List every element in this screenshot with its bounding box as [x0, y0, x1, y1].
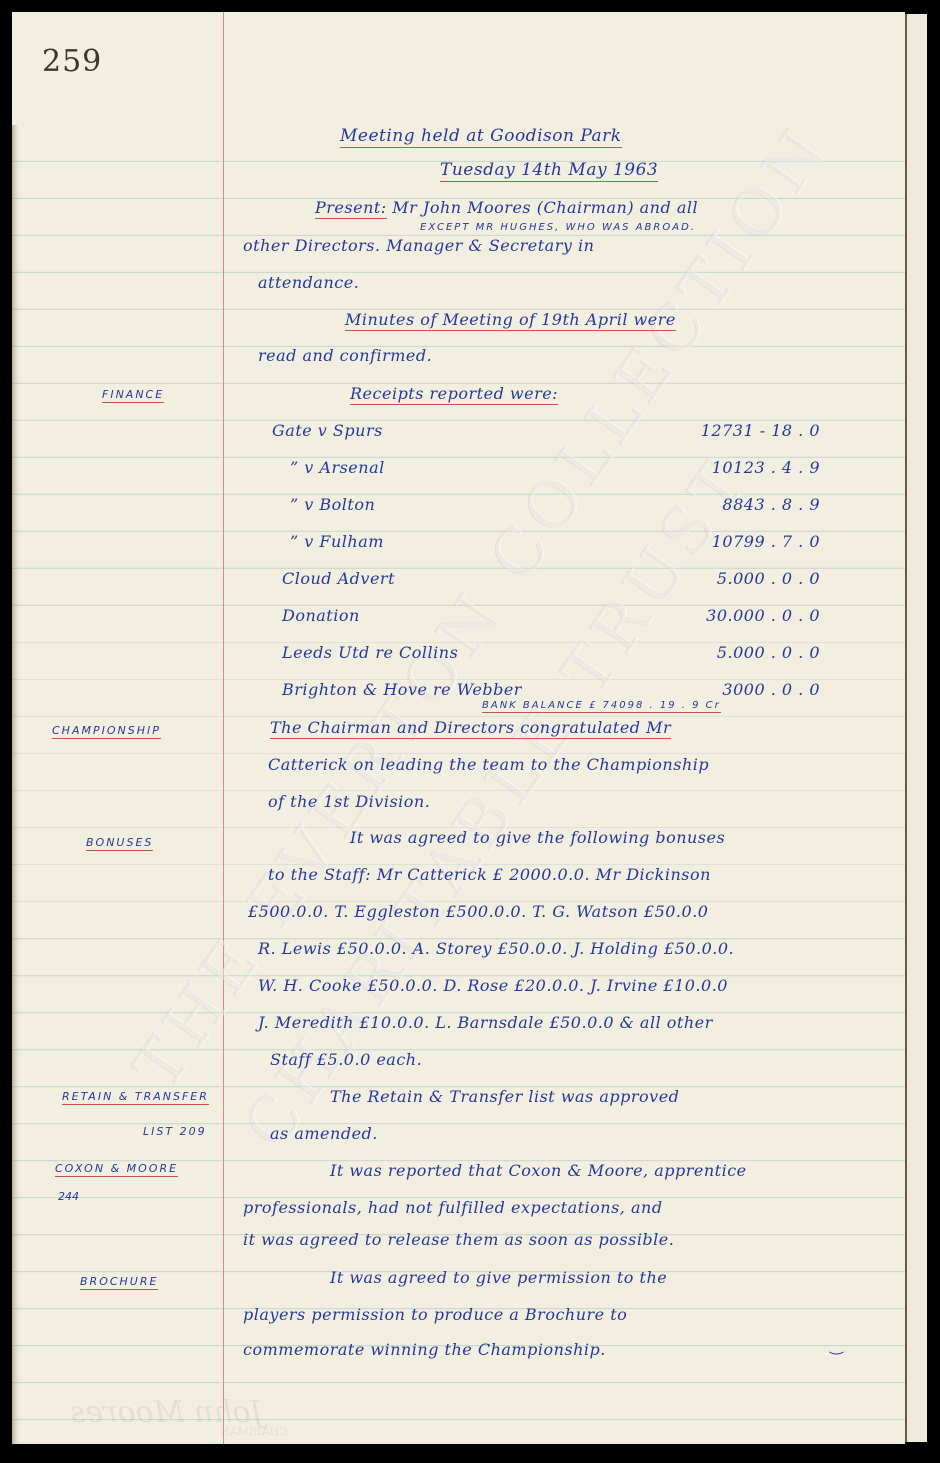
present-label: Present:	[315, 198, 387, 219]
bonuses-line-1: It was agreed to give the following bonu…	[350, 828, 725, 847]
check-mark-icon: ‿	[830, 1336, 843, 1355]
margin-label-championship: CHAMPIONSHIP	[52, 724, 161, 739]
receipt-amount: 30.000 . 0 . 0	[660, 606, 820, 625]
receipt-amount: 12731 - 18 . 0	[660, 421, 820, 440]
bank-balance: BANK BALANCE £ 74098 . 19 . 9 Cr	[482, 700, 721, 713]
receipt-amount: 5.000 . 0 . 0	[660, 643, 820, 662]
retain-line-2: as amended.	[270, 1124, 378, 1143]
championship-line-1: The Chairman and Directors congratulated…	[270, 718, 671, 737]
receipt-label: Donation	[282, 606, 360, 625]
margin-ref-244: 244	[58, 1190, 79, 1203]
receipt-amount: 8843 . 8 . 9	[660, 495, 820, 514]
margin-label-bonuses: BONUSES	[86, 836, 153, 851]
bonuses-line-5: W. H. Cooke £50.0.0. D. Rose £20.0.0. J.…	[258, 976, 728, 995]
next-page-edge	[905, 14, 927, 1442]
margin-label-brochure: BROCHURE	[80, 1275, 158, 1290]
coxon-line-1: It was reported that Coxon & Moore, appr…	[330, 1161, 747, 1180]
bonuses-line-7: Staff £5.0.0 each.	[270, 1050, 422, 1069]
meeting-date: Tuesday 14th May 1963	[440, 160, 658, 182]
championship-line-2: Catterick on leading the team to the Cha…	[268, 755, 709, 774]
attendance-insertion: EXCEPT MR HUGHES, WHO WAS ABROAD.	[420, 222, 696, 233]
receipt-amount: 10123 . 4 . 9	[660, 458, 820, 477]
brochure-line-3: commemorate winning the Championship.	[243, 1340, 606, 1359]
championship-line-1-text: The Chairman and Directors congratulated…	[270, 718, 671, 739]
coxon-line-2: professionals, had not fulfilled expecta…	[243, 1198, 663, 1217]
receipt-amount: 3000 . 0 . 0	[660, 680, 820, 699]
margin-label-finance: FINANCE	[102, 388, 164, 403]
minutes-line-2: read and confirmed.	[258, 346, 432, 365]
brochure-line-1: It was agreed to give permission to the	[330, 1268, 667, 1287]
bonuses-line-3: £500.0.0. T. Eggleston £500.0.0. T. G. W…	[248, 902, 708, 921]
present-line: Present: Mr John Moores (Chairman) and a…	[315, 198, 698, 217]
attendance-line-3: attendance.	[258, 273, 359, 292]
receipt-amount: 5.000 . 0 . 0	[660, 569, 820, 588]
margin-label-coxon-moore: COXON & MOORE	[55, 1162, 178, 1177]
margin-label-list-209: LIST 209	[143, 1125, 207, 1138]
coxon-line-3: it was agreed to release them as soon as…	[243, 1230, 674, 1249]
bleed-through-title: CHAIRMAN	[220, 1425, 287, 1438]
receipt-label: ” v Arsenal	[290, 458, 385, 477]
attendance-line-2: other Directors. Manager & Secretary in	[243, 236, 594, 255]
brochure-line-2: players permission to produce a Brochure…	[243, 1305, 627, 1324]
margin-label-retain-transfer: RETAIN & TRANSFER	[62, 1090, 209, 1105]
meeting-title: Meeting held at Goodison Park	[340, 126, 622, 148]
receipts-intro: Receipts reported were:	[350, 384, 558, 405]
receipt-label: Cloud Advert	[282, 569, 395, 588]
receipt-label: ” v Bolton	[290, 495, 375, 514]
receipt-label: Brighton & Hove re Webber	[282, 680, 522, 699]
page-number: 259	[42, 44, 102, 79]
margin-rule	[223, 12, 224, 1444]
retain-line-1: The Retain & Transfer list was approved	[330, 1087, 679, 1106]
present-text: Mr John Moores (Chairman) and all	[392, 198, 698, 217]
bonuses-line-2: to the Staff: Mr Catterick £ 2000.0.0. M…	[268, 865, 711, 884]
minutes-line-1: Minutes of Meeting of 19th April were	[345, 310, 676, 331]
championship-line-3: of the 1st Division.	[268, 792, 430, 811]
bonuses-line-6: J. Meredith £10.0.0. L. Barnsdale £50.0.…	[258, 1013, 713, 1032]
receipt-amount: 10799 . 7 . 0	[660, 532, 820, 551]
receipt-label: Gate v Spurs	[272, 421, 383, 440]
receipt-label: Leeds Utd re Collins	[282, 643, 458, 662]
receipt-label: ” v Fulham	[290, 532, 384, 551]
bonuses-line-4: R. Lewis £50.0.0. A. Storey £50.0.0. J. …	[258, 939, 734, 958]
